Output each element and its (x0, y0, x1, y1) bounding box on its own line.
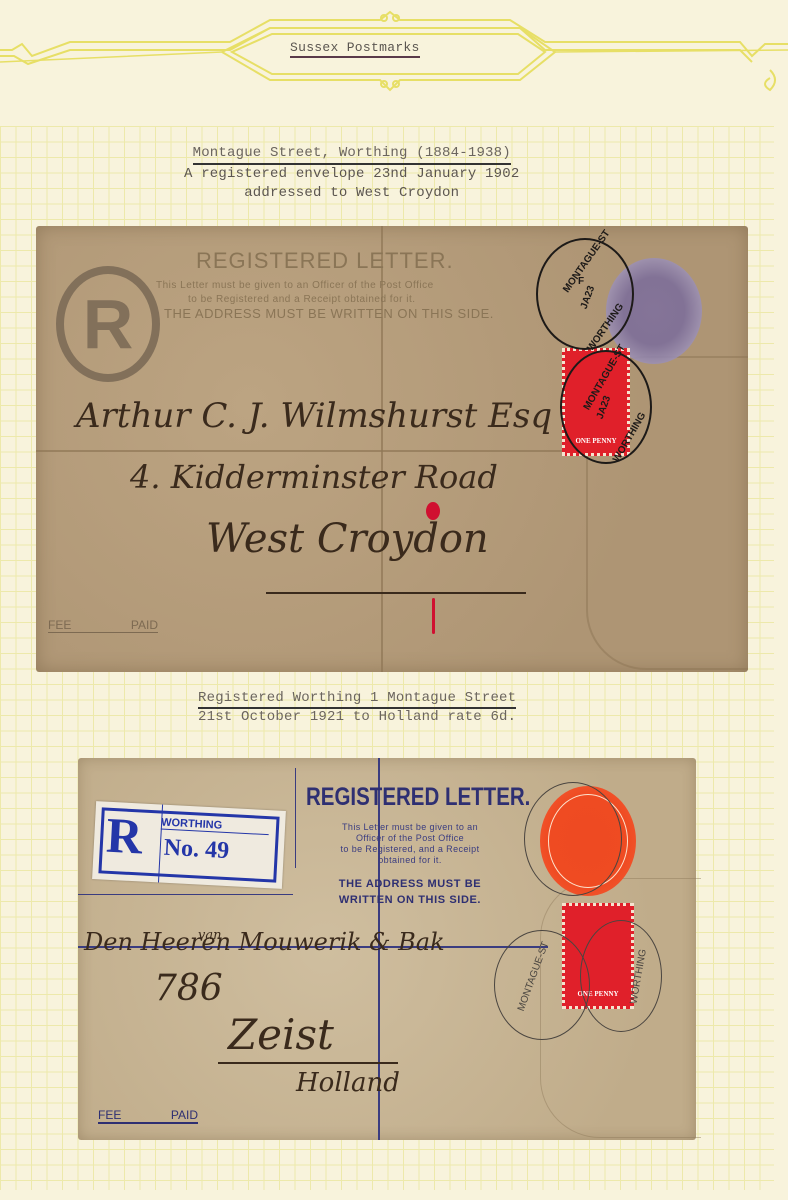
instruction-line-2: to be Registered and a Receipt obtained … (188, 294, 416, 305)
postmark-montague-st: MONTAGUE-ST F JA23 WORTHING (536, 238, 634, 350)
postmark-worthing: WORTHING (580, 920, 662, 1032)
paid-label: PAID (171, 1108, 198, 1122)
address-line-2: Zeist (228, 1010, 334, 1059)
address-line-2: 4. Kidderminster Road (130, 458, 498, 496)
instruction-text: This Letter must be given to an Officer … (300, 822, 520, 866)
address-line-1: Arthur C. J. Wilmshurst Esq (76, 396, 552, 436)
page-title: Sussex Postmarks (290, 40, 420, 58)
fee-paid-line: FEE PAID (98, 1108, 198, 1124)
paid-label: PAID (131, 618, 158, 632)
printed-title: REGISTERED LETTER. (196, 248, 454, 274)
fee-label: FEE (98, 1108, 121, 1122)
underline-flourish (266, 592, 526, 594)
printed-title: REGISTERED LETTER. (306, 783, 530, 812)
address-notice: THE ADDRESS MUST BE WRITTEN ON THIS SIDE… (300, 876, 520, 908)
address-reference: 786 (154, 968, 223, 1009)
ink-blot (426, 502, 440, 520)
postmark-montague-st (524, 782, 622, 896)
section1-caption: Montague Street, Worthing (1884-1938) A … (184, 145, 519, 203)
postmark-montague-st: MONTAGUE-ST (494, 930, 590, 1040)
registered-r-mark: R (56, 266, 160, 382)
envelope-fold-line (381, 226, 383, 672)
registration-number: No. 49 (163, 835, 230, 865)
address-line-3: Holland (296, 1068, 400, 1098)
postmark-montague-st: MONTAGUE-ST JA23 WORTHING (560, 350, 652, 464)
address-line-1: Den Heeren Mouwerik & Bak (84, 928, 445, 956)
section1-heading: Montague Street, Worthing (1884-1938) (193, 145, 511, 165)
registration-label: R WORTHING No. 49 (92, 801, 286, 889)
section1-caption-line2: addressed to West Croydon (184, 184, 519, 203)
envelope-fold-line (295, 768, 296, 868)
section1-caption-line1: A registered envelope 23nd January 1902 (184, 165, 519, 184)
fee-label: FEE (48, 618, 71, 632)
fee-paid-line: FEE PAID (48, 618, 158, 633)
instruction-line-3: THE ADDRESS MUST BE WRITTEN ON THIS SIDE… (164, 306, 494, 321)
registration-r: R (105, 806, 144, 866)
instruction-line-1: This Letter must be given to an Officer … (156, 280, 434, 291)
section2-heading: Registered Worthing 1 Montague Street (198, 690, 516, 709)
ink-mark (432, 598, 435, 634)
address-line-3: West Croydon (206, 516, 489, 562)
envelope-fold-line (78, 894, 293, 895)
envelope-1902: R REGISTERED LETTER. This Letter must be… (36, 226, 748, 672)
section2-caption-line: 21st October 1921 to Holland rate 6d. (198, 709, 516, 726)
section2-caption: Registered Worthing 1 Montague Street 21… (198, 690, 516, 726)
envelope-fold-line (36, 450, 596, 452)
underline (218, 1062, 398, 1064)
